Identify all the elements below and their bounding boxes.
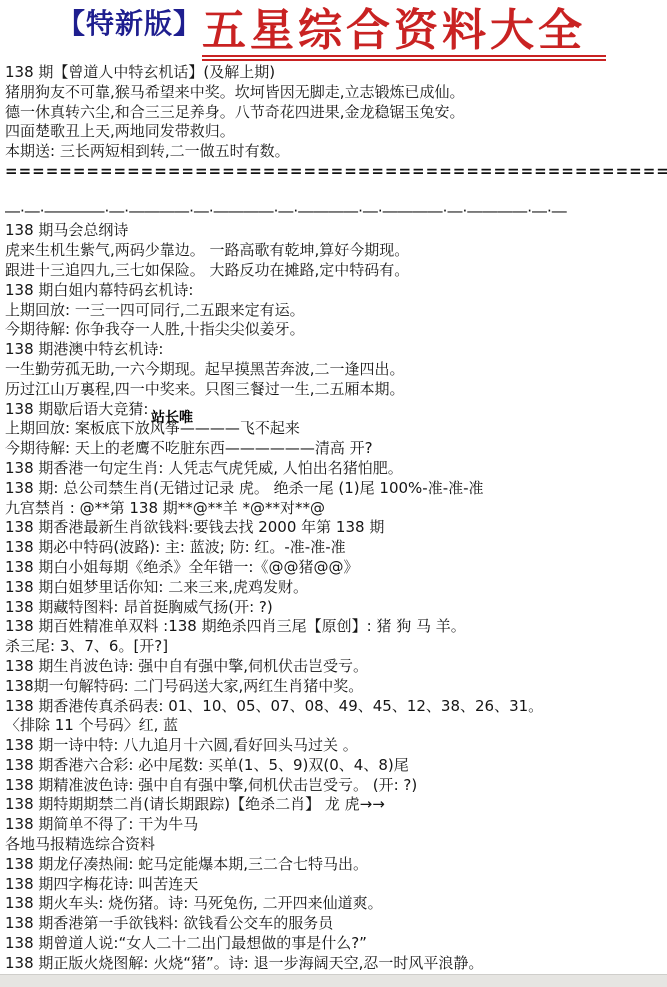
text-line: 138 期特期期禁二肖(请长期跟踪)【绝杀二肖】 龙 虎→→ <box>5 795 667 815</box>
text-line: 九宫禁肖 : @**第 138 期**@**羊 *@**对**@ <box>5 499 667 519</box>
text-line: 138 期白小姐每期《绝杀》全年错一:《@@猪@@》 <box>5 558 667 578</box>
text-line: 138 期生肖波色诗: 强中自有强中擎,伺机伏击岂受亏。 <box>5 657 667 677</box>
content-lines: 138 期【曾道人中特玄机话】(及解上期)猪朋狗友不可靠,猴马希望来中奖。坎坷皆… <box>5 63 667 974</box>
text-line: 138 期必中特码(波路): 主: 蓝波; 防: 红。-准-准-准 <box>5 538 667 558</box>
text-line: 一生勤劳孤无助,一六今期现。起早摸黑苦奔波,二一逢四出。 <box>5 360 667 380</box>
text-line: 138 期精准波色诗: 强中自有强中擎,伺机伏击岂受亏。 (开: ?) <box>5 776 667 796</box>
separator-line: ========================================… <box>5 162 667 182</box>
text-line: 杀三尾: 3、7、6。[开?] <box>5 637 667 657</box>
text-line: 今期待解: 天上的老鹰不吃脏东西——————清高 开? <box>5 439 667 459</box>
page-title: 五星综合资料大全 <box>202 7 606 61</box>
text-line: 138 期曾道人说:“女人二十二出门最想做的事是什么?” <box>5 934 667 954</box>
page: 【特新版】五星综合资料大全 138 期【曾道人中特玄机话】(及解上期)猪朋狗友不… <box>0 0 667 987</box>
text-line: 上期回放: 案板底下放风筝————飞不起来 <box>5 419 667 439</box>
text-line: 138 期香港第一手欲钱料: 欲钱看公交车的服务员 <box>5 914 667 934</box>
text-line: 历过江山万裏程,四一中奖来。只图三餐过一生,二五厢本期。 <box>5 380 667 400</box>
separator-line: ―·―·――――·―·――――·―·――――·―·――――·―·――――·―·―… <box>5 202 667 222</box>
text-line: 138 期香港最新生肖欲钱料:要钱去找 2000 年第 138 期 <box>5 518 667 538</box>
text-line: 本期送: 三长两短相到转,二一做五时有数。 <box>5 142 667 162</box>
page-header: 【特新版】五星综合资料大全 <box>0 0 667 60</box>
text-line: 猪朋狗友不可靠,猴马希望来中奖。坎坷皆因无脚走,立志锻炼已成仙。 <box>5 83 667 103</box>
text-line: 138 期正版火烧图解: 火烧“猪”。诗: 退一步海阔天空,忍一时风平浪静。 <box>5 954 667 974</box>
text-line: 138 期【曾道人中特玄机话】(及解上期) <box>5 63 667 83</box>
text-line: 138 期四字梅花诗: 叫苦连天 <box>5 875 667 895</box>
text-line: 138 期火车头: 烧伤猪。诗: 马死兔伤, 二开四来仙道爽。 <box>5 894 667 914</box>
text-line: 138 期香港传真杀码表: 01、10、05、07、08、49、45、12、38… <box>5 697 667 717</box>
text-line: 虎来生机生紫气,两码少靠边。 一路高歌有乾坤,算好今期现。 <box>5 241 667 261</box>
text-line: 138 期白姐梦里话你知: 二来三来,虎鸡发财。 <box>5 578 667 598</box>
text-line: 跟进十三追四九,三七如保险。 大路反功在摊路,定中特码有。 <box>5 261 667 281</box>
text-line: 上期回放: 一三一四可同行,二五跟来定有运。 <box>5 301 667 321</box>
text-line: 138 期歇后语大竞猜:站长唯 <box>5 400 667 420</box>
text-line: 138 期香港六合彩: 必中尾数: 买单(1、5、9)双(0、4、8)尾 <box>5 756 667 776</box>
text-line: 138 期藏特图料: 昂首挺胸威气扬(开: ?) <box>5 598 667 618</box>
separator-line <box>5 182 667 202</box>
text-line: 138 期港澳中特玄机诗: <box>5 340 667 360</box>
text-line: 138 期一诗中特: 八九追月十六圆,看好回头马过关 。 <box>5 736 667 756</box>
text-line: 138 期香港一句定生肖: 人凭志气虎凭威, 人怕出名猪怕肥。 <box>5 459 667 479</box>
text-line: 138 期简单不得了: 干为牛马 <box>5 815 667 835</box>
footer-bar <box>0 974 667 987</box>
text-line: 德一休真转六尘,和合三三足养身。八节奇花四进果,金龙稳锯玉兔安。 <box>5 103 667 123</box>
text-line: 138 期白姐内幕特码玄机诗: <box>5 281 667 301</box>
text-line: 今期待解: 你争我夺一人胜,十指尖尖似姜牙。 <box>5 320 667 340</box>
text-line: 138期一句解特码: 二门号码送大家,两红生肖猪中奖。 <box>5 677 667 697</box>
text-line: 138 期百姓精准单双料 :138 期绝杀四肖三尾【原创】: 猪 狗 马 羊。 <box>5 617 667 637</box>
text-line: 138 期龙仔凑热闹: 蛇马定能爆本期,三二合七特马出。 <box>5 855 667 875</box>
text-line: 138 期马会总纲诗 <box>5 221 667 241</box>
text-line: 各地马报精选综合资料 <box>5 835 667 855</box>
edition-label: 【特新版】 <box>57 2 202 42</box>
text-line: 四面楚歌丑上天,两地同发带救归。 <box>5 122 667 142</box>
text-line: 138 期: 总公司禁生肖(无错过记录 虎。 绝杀一尾 (1)尾 100%-准-… <box>5 479 667 499</box>
text-line: 〈排除 11 个号码〉红, 蓝 <box>5 716 667 736</box>
